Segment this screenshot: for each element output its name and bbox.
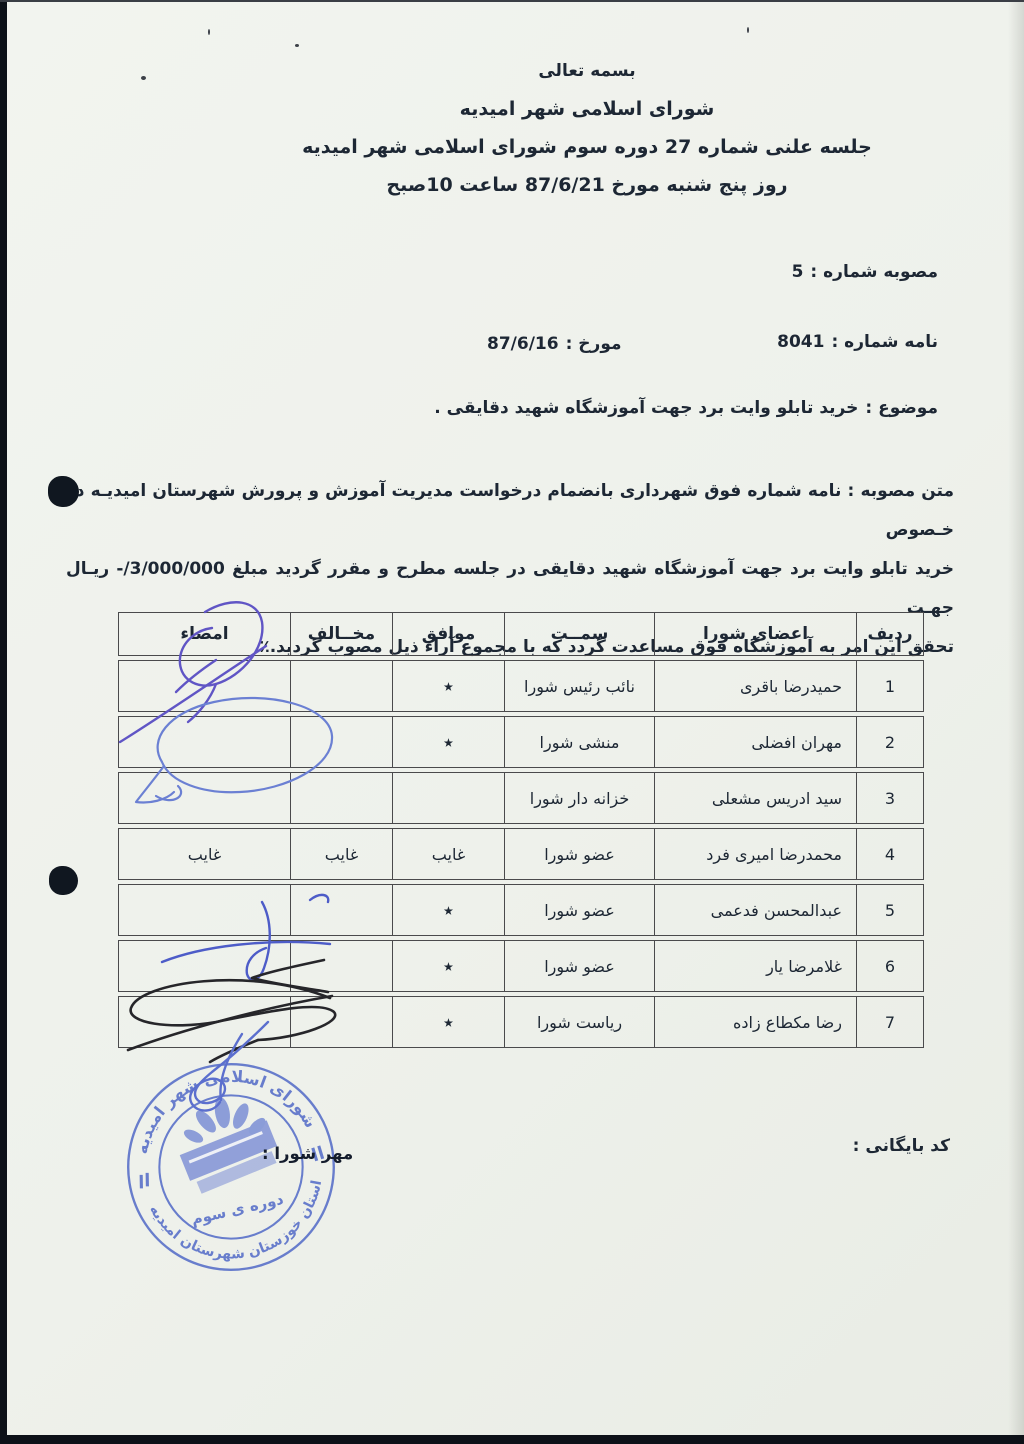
letter-date-label: مورخ : [566,334,622,354]
member-name: حمیدرضا باقری [655,661,857,711]
resolution-number-value: 5 [792,262,804,282]
signature-cell [119,773,291,823]
member-name: سید ادریس مشعلی [655,773,857,823]
agree-mark: ٭ [393,997,505,1047]
member-name: غلامرضا یار [655,941,857,991]
stamp-center-text: دوره ی سوم [189,1190,285,1229]
disagree-mark [291,773,393,823]
punch-hole-mark [49,866,78,895]
member-position: نائب رئیس شورا [505,661,655,711]
signature-cell [119,997,291,1047]
agree-mark: ٭ [393,661,505,711]
member-row-number: 6 [857,941,923,991]
subject-value: خرید تابلو وایت برد جهت آموزشگاه شهید دق… [434,398,858,418]
scan-speck [747,27,749,33]
member-row-number: 3 [857,773,923,823]
scan-speck [141,76,146,80]
resolution-number-row: مصوبه شماره : 5 [792,262,938,282]
header-agree: موافق [393,613,505,655]
agree-mark: ٭ [393,885,505,935]
letterhead: بسمه تعالی شورای اسلامی شهر امیدیه جلسه … [187,52,987,204]
scan-edge-top [0,0,1024,2]
member-row-number: 2 [857,717,923,767]
table-row: 6 غلامرضا یار عضو شورا ٭ [118,940,924,992]
scan-speck [295,44,299,47]
disagree-mark [291,941,393,991]
council-seal-label: مهر شورا : [262,1144,353,1163]
disagree-mark [291,717,393,767]
subject-label: موضوع : [865,398,938,418]
votes-table: ردیف اعضای شورا سمــت موافق مخــالف امضا… [118,612,924,1052]
svg-text:استان خوزستان شهرستان امیدیه: استان خوزستان شهرستان امیدیه [145,1176,335,1275]
member-name: مهران افضلی [655,717,857,767]
disagree-mark [291,885,393,935]
archive-code-label: کد بایگانی : [853,1136,950,1156]
table-row: 4 محمدرضا امیری فرد عضو شورا غایب غایب غ… [118,828,924,880]
scan-edge-left [0,0,7,1444]
table-row: 3 سید ادریس مشعلی خزانه دار شورا [118,772,924,824]
header-signature: امضاء [119,613,291,655]
header-members: اعضای شورا [655,613,857,655]
subject-row: موضوع : خرید تابلو وایت برد جهت آموزشگاه… [434,398,938,418]
disagree-mark: غایب [291,829,393,879]
member-position: خزانه دار شورا [505,773,655,823]
signature-cell [119,941,291,991]
member-position: ریاست شورا [505,997,655,1047]
council-stamp: شورای اسلامی شهر امیدیه استان خوزستان شه… [106,1042,355,1291]
member-row-number: 4 [857,829,923,879]
letter-number-row: نامه شماره : 8041 [777,332,938,352]
punch-hole-mark [48,476,79,507]
letter-date-value: 87/6/16 [487,334,559,354]
council-name-line: شورای اسلامی شهر امیدیه [187,90,987,128]
disagree-mark [291,661,393,711]
member-position: منشی شورا [505,717,655,767]
letter-number-label: نامه شماره : [831,332,938,352]
session-date-line: روز پنج شنبه مورخ 87/6/21 ساعت 10صبح [187,166,987,204]
disagree-mark [291,997,393,1047]
header-row-number: ردیف [857,613,923,655]
signature-cell: غایب [119,829,291,879]
agree-mark: ٭ [393,941,505,991]
member-name: عبدالمحسن فدعمی [655,885,857,935]
member-name: رضا مکطاع زاده [655,997,857,1047]
agree-mark [393,773,505,823]
member-row-number: 7 [857,997,923,1047]
signature-cell [119,661,291,711]
member-name: محمدرضا امیری فرد [655,829,857,879]
table-row: 2 مهران افضلی منشی شورا ٭ [118,716,924,768]
letter-number-value: 8041 [777,332,824,352]
scan-speck [208,29,210,35]
member-row-number: 1 [857,661,923,711]
header-position: سمــت [505,613,655,655]
session-line: جلسه علنی شماره 27 دوره سوم شورای اسلامی… [187,128,987,166]
scanned-document-page: بسمه تعالی شورای اسلامی شهر امیدیه جلسه … [0,0,1024,1444]
signature-cell [119,885,291,935]
member-row-number: 5 [857,885,923,935]
member-position: عضو شورا [505,885,655,935]
resolution-body-line: متن مصوبه : نامه شماره فوق شهرداری بانضم… [66,472,954,550]
scan-edge-bottom [0,1435,1024,1444]
table-row: 7 رضا مکطاع زاده ریاست شورا ٭ [118,996,924,1048]
letter-date-row: مورخ : 87/6/16 [487,334,622,354]
stamp-bottom-text: استان خوزستان شهرستان امیدیه [145,1176,335,1275]
agree-mark: غایب [393,829,505,879]
member-position: عضو شورا [505,829,655,879]
agree-mark: ٭ [393,717,505,767]
votes-table-header: ردیف اعضای شورا سمــت موافق مخــالف امضا… [118,612,924,656]
signature-cell [119,717,291,767]
table-row: 1 حمیدرضا باقری نائب رئیس شورا ٭ [118,660,924,712]
scan-edge-right-shade [1008,0,1024,1444]
table-row: 5 عبدالمحسن فدعمی عضو شورا ٭ [118,884,924,936]
bismillah-line: بسمه تعالی [187,52,987,90]
header-disagree: مخــالف [291,613,393,655]
member-position: عضو شورا [505,941,655,991]
resolution-number-label: مصوبه شماره : [810,262,938,282]
